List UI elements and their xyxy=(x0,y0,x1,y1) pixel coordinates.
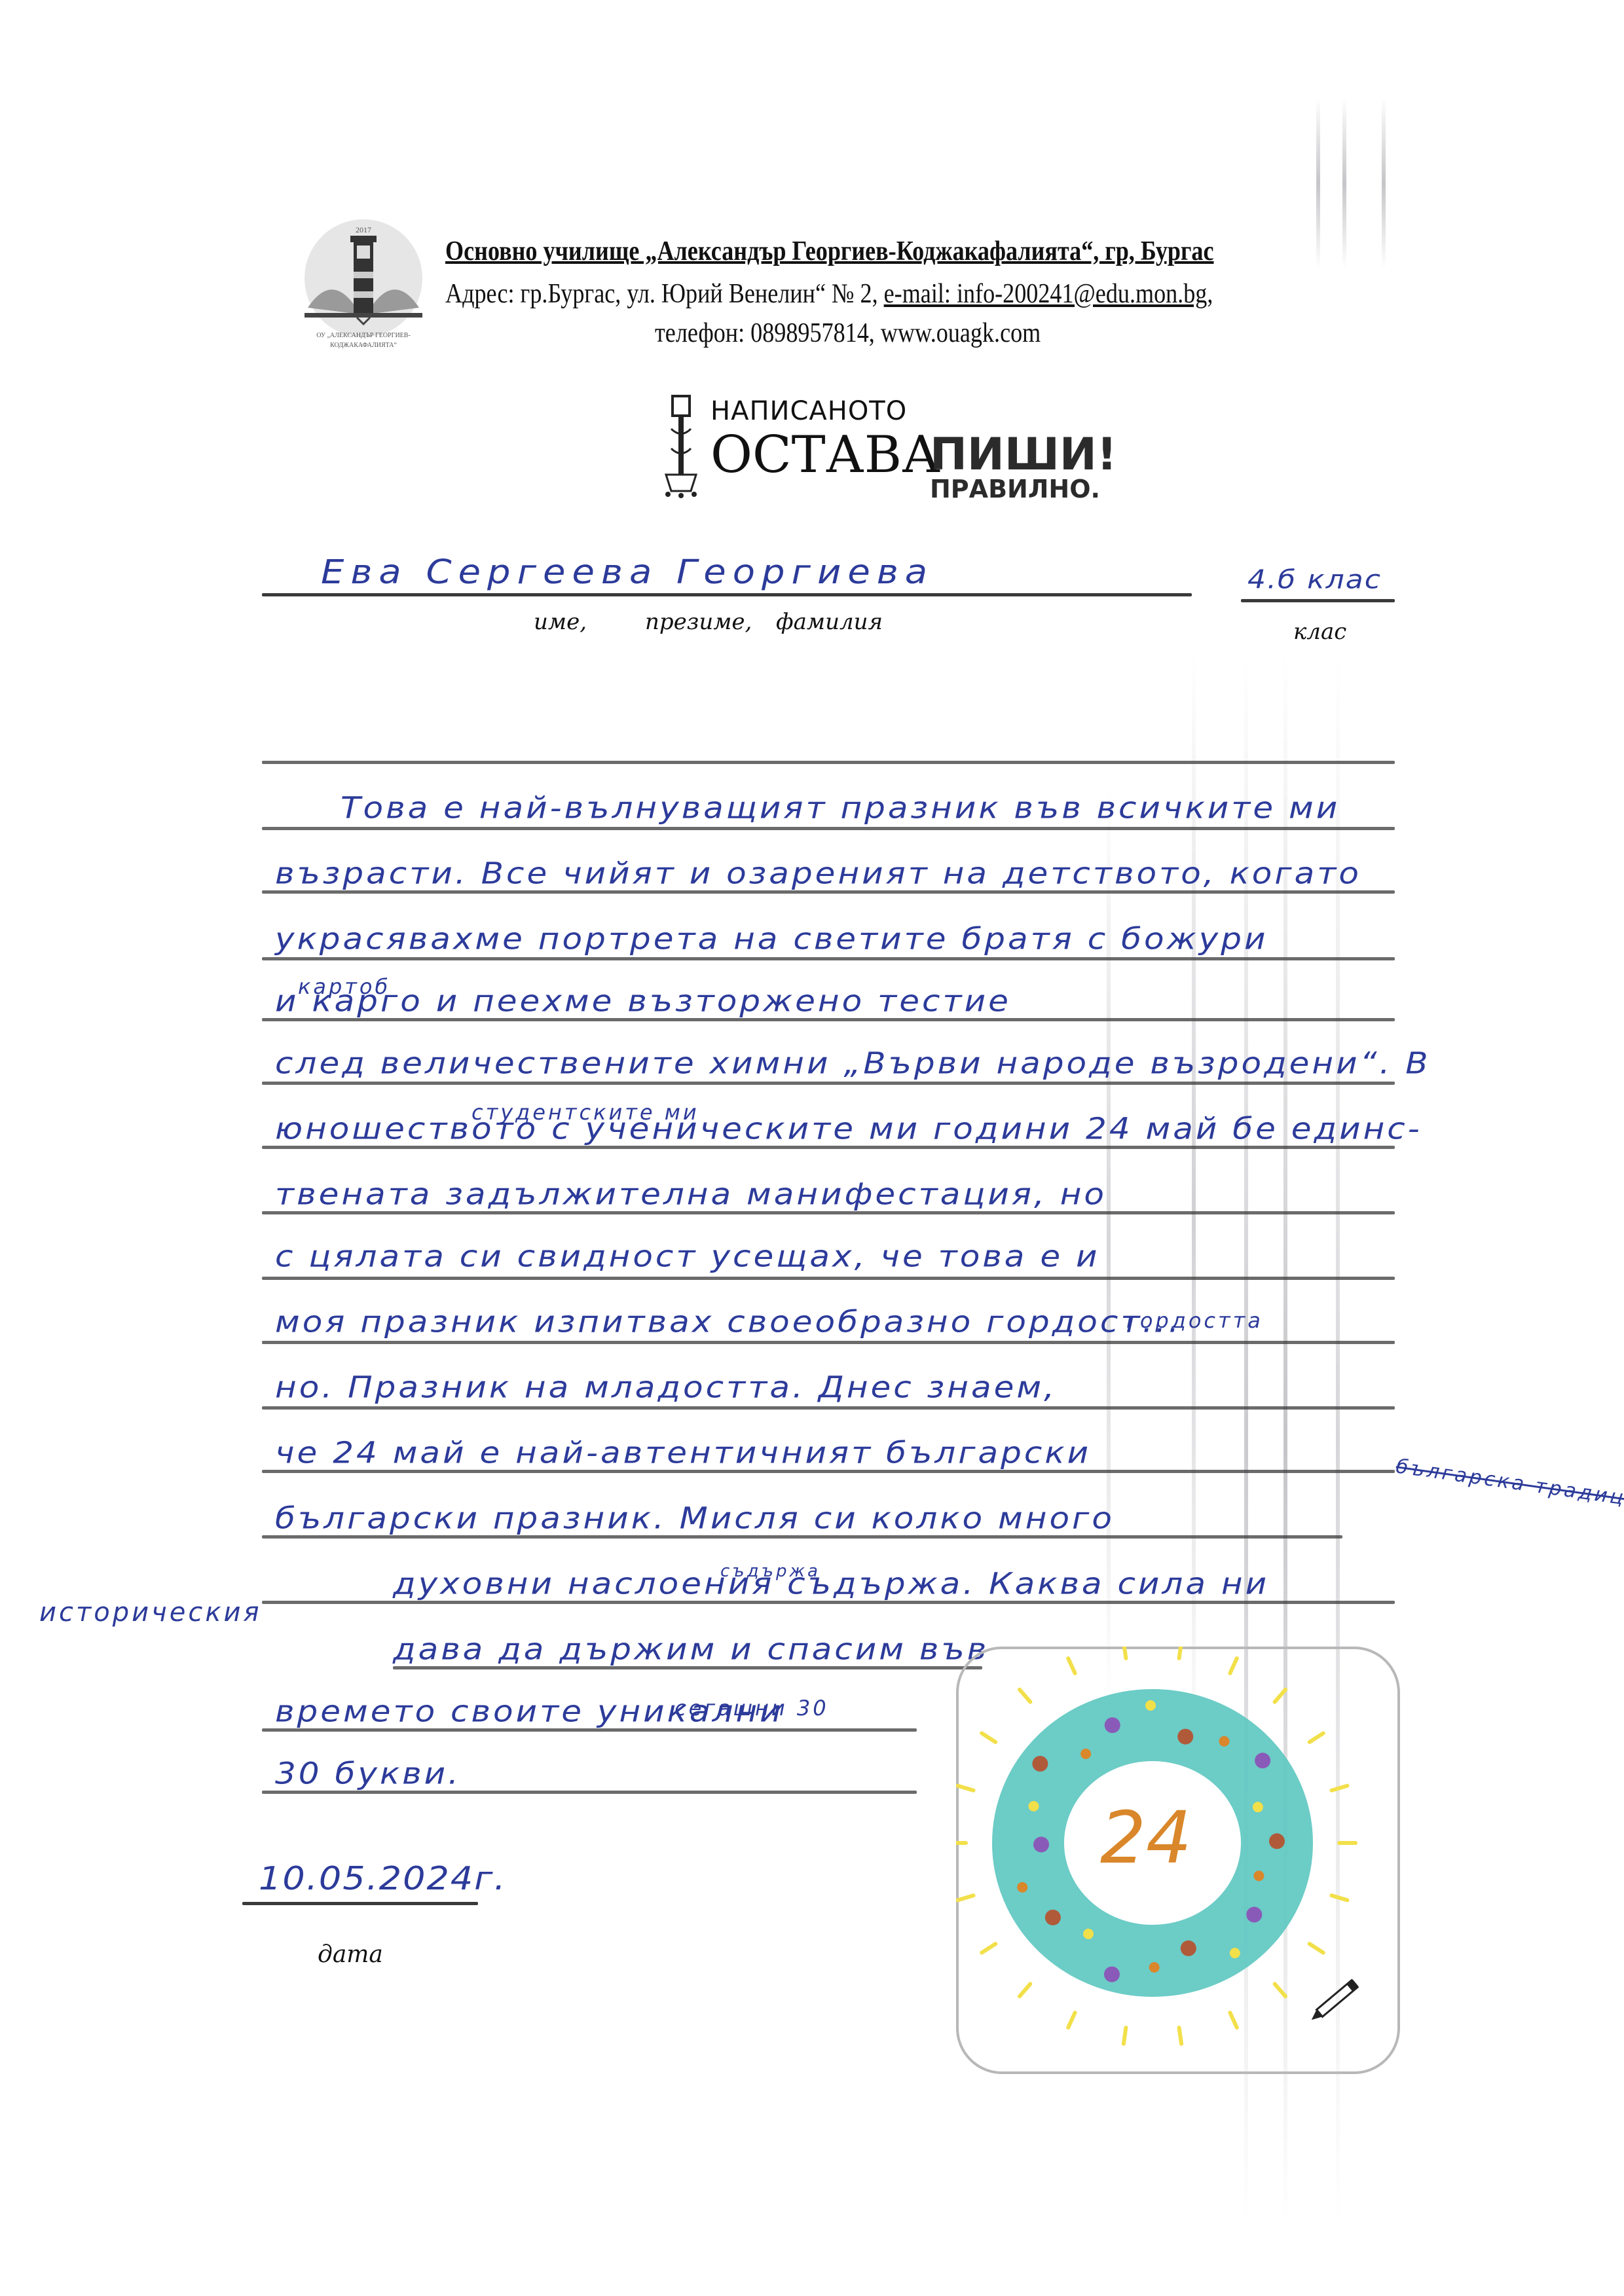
writing-rule xyxy=(262,1277,1395,1280)
writing-rule xyxy=(262,1082,1395,1085)
writing-rule xyxy=(262,1791,917,1794)
essay-line: Това е най-вълнуващият празник във всичк… xyxy=(341,791,1340,825)
date-rule xyxy=(242,1902,478,1905)
writing-rule xyxy=(262,1601,1395,1604)
writing-rule xyxy=(262,827,1395,830)
slogan-bold-1: ПИШИ! xyxy=(930,429,1117,481)
insertion-note: съдържа xyxy=(720,1561,821,1581)
drawing-area[interactable]: 24 xyxy=(956,1647,1400,2074)
school-address: Адрес: гр.Бургас, ул. Юрий Венелин“ № 2,… xyxy=(445,278,1213,310)
writing-rule xyxy=(262,761,1395,764)
essay-line: украсявахме портрета на светите братя с … xyxy=(275,922,1268,956)
essay-line: с цялата си свидност усещах, че това е и xyxy=(275,1239,1099,1273)
essay-line: че 24 май е най-автентичният български xyxy=(275,1436,1091,1470)
scan-artifact xyxy=(1316,98,1320,268)
writing-rule xyxy=(262,957,1395,960)
essay-line: 30 букви. xyxy=(275,1757,461,1791)
essay-line: но. Празник на младостта. Днес знаем, xyxy=(275,1370,1057,1404)
label-last-name: фамилия xyxy=(776,609,883,635)
writing-rule xyxy=(262,1018,1395,1021)
writing-rule xyxy=(262,1470,1395,1473)
scan-artifact xyxy=(1342,98,1346,268)
wreath-drawing: 24 xyxy=(956,1647,1395,2069)
address-text: Адрес: гр.Бургас, ул. Юрий Венелин“ № 2, xyxy=(445,279,884,309)
label-first-name: име, xyxy=(534,609,587,635)
insertion-note: студентските ми xyxy=(471,1100,699,1125)
writing-rule xyxy=(262,1211,1395,1214)
essay-line: възрасти. Все чийят и озареният на детст… xyxy=(275,856,1361,890)
essay-line: след величествените химни „Върви народе … xyxy=(275,1046,1431,1080)
svg-text:2017: 2017 xyxy=(356,225,371,234)
slogan-bold-2: ПРАВИЛНО. xyxy=(930,475,1100,503)
insertion-note: гордостта xyxy=(1126,1308,1263,1333)
crossed-out-note: българска традиция xyxy=(1395,1455,1624,1514)
school-logo: 2017 ОУ „АЛЕКСАНДЪР ГЕОРГИЕВ- КОДЖАКАФАЛ… xyxy=(282,210,445,373)
writing-rule xyxy=(262,890,1395,894)
essay-line: дава да държим и спасим във xyxy=(393,1632,989,1666)
slogan-line-2: ОСТАВА xyxy=(710,426,940,484)
ornament-initial-icon xyxy=(658,390,704,501)
writing-rule xyxy=(262,1406,1395,1410)
label-class: клас xyxy=(1293,619,1346,645)
essay-line: юношеството с ученическите ми години 24 … xyxy=(275,1112,1422,1146)
label-middle-name: презиме, xyxy=(645,609,752,635)
name-rule xyxy=(262,593,1192,596)
label-date: дата xyxy=(318,1941,383,1968)
class-field[interactable]: 4.б клас xyxy=(1247,565,1382,595)
svg-text:ОУ „АЛЕКСАНДЪР ГЕОРГИЕВ-: ОУ „АЛЕКСАНДЪР ГЕОРГИЕВ- xyxy=(316,332,411,339)
insertion-note: историческия xyxy=(39,1597,262,1628)
essay-line: духовни наслоения съдържа. Каква сила ни xyxy=(393,1567,1269,1601)
school-phone: телефон: 0898957814, www.ouagk.com xyxy=(655,318,1041,349)
pencil-icon xyxy=(1308,1979,1358,2023)
slogan-line-1: НАПИСАНОТО xyxy=(710,396,907,426)
essay-line: български празник. Мисля си колко много xyxy=(275,1501,1115,1535)
insertion-note: картоб xyxy=(298,974,390,999)
class-rule xyxy=(1241,599,1395,602)
school-name: Основно училище „Александър Георгиев-Код… xyxy=(445,236,1213,267)
svg-text:КОДЖАКАФАЛИЯТА“: КОДЖАКАФАЛИЯТА“ xyxy=(330,342,397,349)
essay-line: твената задължителна манифестация, но xyxy=(275,1177,1107,1211)
lighthouse-book-logo-icon: 2017 ОУ „АЛЕКСАНДЪР ГЕОРГИЕВ- КОДЖАКАФАЛ… xyxy=(282,210,445,373)
writing-rule xyxy=(262,1535,1342,1539)
insertion-note: сегашни 30 xyxy=(674,1696,829,1721)
email-link[interactable]: e-mail: info-200241@edu.mon.bg, xyxy=(884,279,1213,309)
writing-rule xyxy=(262,1146,1395,1149)
writing-rule xyxy=(262,1341,1395,1344)
date-field[interactable]: 10.05.2024г. xyxy=(259,1860,507,1897)
drawing-number: 24 xyxy=(1100,1796,1192,1880)
essay-line: моя празник изпитвах своеобразно гордост… xyxy=(275,1305,1181,1339)
writing-rule xyxy=(262,1728,917,1732)
student-name-field[interactable]: Ева Сергеева Георгиева xyxy=(321,553,934,592)
writing-rule xyxy=(393,1666,982,1669)
scan-artifact xyxy=(1382,98,1386,268)
